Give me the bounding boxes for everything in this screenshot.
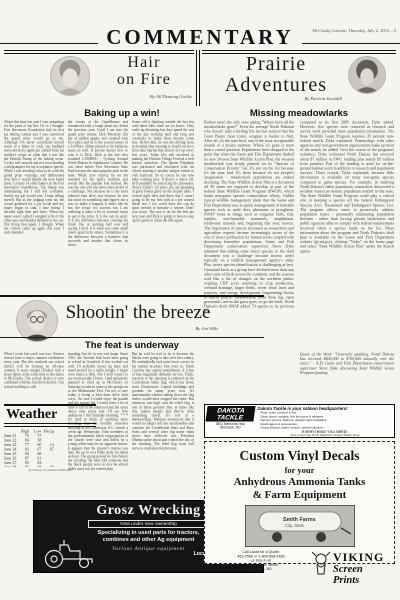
hair-title-line1: Hair bbox=[96, 54, 192, 71]
prairie-title: Prairie Adventures bbox=[210, 54, 342, 96]
feat-headline: The feat is underway bbox=[0, 340, 264, 351]
hair-columnist-photo bbox=[50, 56, 90, 96]
feat-column-1: What I wrote last week was true. Streete… bbox=[4, 352, 64, 394]
breeze-columnist-photo bbox=[16, 300, 58, 342]
meadowlarks-column-1: Birders aren't the only ones asking "Whe… bbox=[204, 120, 294, 398]
vinyl-contact: Call Laura for a Quote: 463-2566 or 1-80… bbox=[211, 550, 311, 571]
weather-table-wrap: High Low Precip June 217557 June 228458 … bbox=[4, 429, 100, 467]
prairie-byline: By Patricia Stockdill bbox=[232, 96, 342, 104]
dakota-bullet: Diving devices, planer boards, speed ind… bbox=[261, 427, 393, 430]
baking-column-1: About this time last year I was competin… bbox=[4, 120, 64, 292]
baking-column-2: the events at the Guardhouse and reminis… bbox=[68, 120, 128, 292]
breeze-byline: By Jim Wills bbox=[108, 326, 218, 334]
viking-word1: VIKING bbox=[333, 550, 388, 565]
weather-caption: (Courtesy of Gordon Pellican) bbox=[2, 468, 98, 472]
prairie-title-line1: Prairie bbox=[210, 54, 342, 75]
viking-logo: VIKING Screen Prints bbox=[331, 550, 388, 586]
masthead-rule-left bbox=[0, 43, 98, 44]
newspaper-page: { "masthead": { "section": "COMMENTARY",… bbox=[0, 0, 400, 600]
prairie-title-line2: Adventures bbox=[210, 75, 342, 96]
vinyl-line2: Anhydrous Ammonia Tanks bbox=[205, 476, 394, 488]
weather-header-precip: Precip bbox=[43, 429, 56, 434]
feat-column-3: But he said he had to do it because the … bbox=[132, 352, 194, 497]
hair-byline: By Jill Denning Gackle bbox=[92, 94, 192, 102]
svg-text:City, State: City, State bbox=[285, 523, 305, 528]
vinyl-contact-wrap: Call Laura for a Quote: 463-2566 or 1-80… bbox=[211, 550, 311, 576]
vinyl-title: Custom Vinyl Decals bbox=[205, 448, 394, 464]
viking-word3: Prints bbox=[333, 576, 388, 587]
vinyl-line3: & Farm Equipment bbox=[205, 489, 394, 501]
meadowlarks-column-2: compared to its first 2005 document, Dyk… bbox=[300, 120, 394, 350]
vinyl-decals-ad: Custom Vinyl Decals for your Anhydrous A… bbox=[204, 441, 395, 564]
dakota-bullet: Rods, reels, combos & line bbox=[261, 412, 393, 415]
tractor-icon bbox=[40, 539, 106, 569]
breeze-bottom-rule bbox=[0, 337, 264, 338]
dakota-body: Dakota Tackle is your salmon headquarter… bbox=[258, 406, 393, 438]
meadowlarks-quote: Quote of the Week: "Generally speaking, … bbox=[300, 352, 394, 398]
dakota-bullet: Salmon spoons, flashers, dodgers and cra… bbox=[261, 419, 393, 422]
anhydrous-tank-icon: Smith Farms City, State bbox=[247, 506, 353, 544]
dakota-logo: DAKOTA TACKLE bbox=[205, 406, 255, 422]
dakota-tackle-ad: DAKOTA TACKLE 3801 Memorial Hwy. Bismarc… bbox=[204, 404, 395, 438]
dakota-bullet: Downriggers & accessories bbox=[261, 423, 393, 426]
masthead: COMMENTARY bbox=[0, 24, 400, 48]
woman-dark-hair-headshot-icon bbox=[349, 57, 385, 93]
man-glasses-headshot-icon bbox=[17, 301, 57, 341]
tank-photo: Smith Farms City, State bbox=[245, 505, 355, 547]
viking-mascot-icon bbox=[311, 550, 331, 576]
baking-column-3: Some call it thinking outside the box bu… bbox=[132, 120, 194, 292]
hair-title: Hair on Fire bbox=[96, 54, 192, 88]
vinyl-line1: for your bbox=[205, 465, 394, 475]
vinyl-bottom-row: Call Laura for a Quote: 463-2566 or 1-80… bbox=[205, 550, 394, 586]
meadowlarks-headline: Missing meadowlarks bbox=[202, 108, 396, 119]
weather-caption-wrap: (Courtesy of Gordon Pellican) bbox=[2, 468, 98, 475]
weather-table: High Low Precip June 217557 June 228458 … bbox=[4, 429, 55, 467]
grosz-ribbon: Now under new ownership bbox=[88, 520, 210, 528]
hair-title-line2: on Fire bbox=[96, 71, 192, 88]
section-title: COMMENTARY bbox=[98, 26, 302, 48]
woman-headshot-icon bbox=[51, 57, 89, 95]
dakota-logo-block: DAKOTA TACKLE 3801 Memorial Hwy. Bismarc… bbox=[207, 406, 255, 438]
viking-word2: Screen bbox=[333, 565, 388, 576]
masthead-rule-right bbox=[302, 43, 400, 44]
feature-divider-rule bbox=[196, 50, 200, 106]
breeze-top-rule bbox=[0, 295, 264, 297]
breeze-title: Shootin' the breeze bbox=[58, 302, 218, 324]
prairie-columnist-photo bbox=[348, 56, 386, 94]
weather-title: Weather bbox=[6, 407, 96, 423]
dakota-phone: 701-223-3092 • 1-800-880-4955 bbox=[258, 437, 393, 438]
dakota-bullet: Dipsy divers, weights, line bouncers & r… bbox=[261, 415, 393, 418]
weather-row: June 288368.02 bbox=[4, 465, 55, 467]
dakota-address: 3801 Memorial Hwy. Bismarck, ND bbox=[207, 423, 255, 430]
weather-title-rule bbox=[4, 423, 96, 427]
dakota-headline: Dakota Tackle is your salmon headquarter… bbox=[258, 406, 393, 411]
